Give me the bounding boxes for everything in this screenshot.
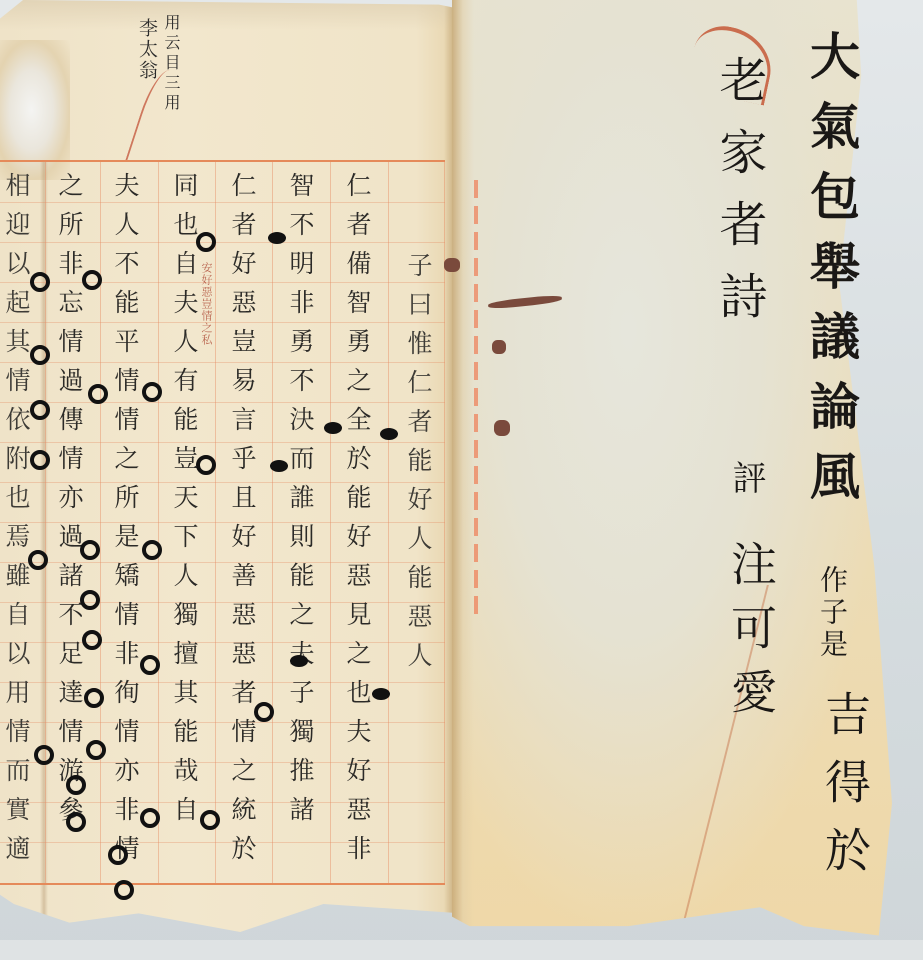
punctuation-blot bbox=[372, 688, 390, 700]
punctuation-circle bbox=[80, 540, 100, 560]
red-grid-remnant bbox=[474, 180, 478, 620]
punctuation-circle bbox=[82, 630, 102, 650]
punctuation-circle bbox=[140, 808, 160, 828]
punctuation-blot bbox=[324, 422, 342, 434]
punctuation-circle bbox=[196, 455, 216, 475]
punctuation-circle bbox=[140, 655, 160, 675]
text-column-1: 子曰惟仁者能好人能惡人 bbox=[406, 252, 431, 681]
margin-red-annotation: 安好惡豈情之私 bbox=[198, 262, 214, 346]
punctuation-blot bbox=[268, 232, 286, 244]
punctuation-circle bbox=[66, 775, 86, 795]
punctuation-circle bbox=[196, 232, 216, 252]
punctuation-circle bbox=[34, 745, 54, 765]
text-column-5: 同也自夫人有能豈天下人獨擅其能哉自 bbox=[172, 172, 197, 835]
punctuation-circle bbox=[108, 845, 128, 865]
header-note-name: 李太翁 bbox=[134, 18, 161, 81]
punctuation-circle bbox=[142, 540, 162, 560]
bottom-backdrop-strip bbox=[0, 940, 923, 960]
foxing-stain bbox=[492, 340, 506, 354]
punctuation-circle bbox=[86, 740, 106, 760]
inscription-col-2-main: 老家者詩 bbox=[705, 55, 774, 343]
text-column-3: 智不明非勇不決而誰則能之夫子獨推諸 bbox=[288, 172, 313, 835]
punctuation-circle bbox=[114, 880, 134, 900]
punctuation-circle bbox=[142, 382, 162, 402]
punctuation-circle bbox=[30, 272, 50, 292]
spine-fold-right bbox=[452, 0, 474, 945]
inscription-col-1-main: 大氣包舉議論風 bbox=[795, 30, 867, 520]
punctuation-circle bbox=[82, 270, 102, 290]
punctuation-circle bbox=[80, 590, 100, 610]
punctuation-blot bbox=[380, 428, 398, 440]
punctuation-circle bbox=[84, 688, 104, 708]
text-column-8: 相迎以起其情依附也焉雖自以用情而實適 bbox=[4, 172, 29, 874]
text-column-4: 仁者好惡豈易言乎且好善惡惡者情之統於 bbox=[230, 172, 255, 874]
punctuation-circle bbox=[66, 812, 86, 832]
text-column-2: 仁者備智勇之全於能好惡見之也夫好惡非 bbox=[345, 172, 370, 874]
punctuation-circle bbox=[28, 550, 48, 570]
foxing-stain bbox=[444, 258, 460, 272]
text-column-6: 夫人不能平情情之所是矯情非徇情亦非情 bbox=[113, 172, 138, 874]
punctuation-circle bbox=[200, 810, 220, 830]
punctuation-circle bbox=[30, 345, 50, 365]
punctuation-blot bbox=[270, 460, 288, 472]
punctuation-circle bbox=[30, 450, 50, 470]
punctuation-circle bbox=[254, 702, 274, 722]
foxing-stain bbox=[494, 420, 510, 436]
punctuation-blot bbox=[290, 655, 308, 667]
top-discoloration bbox=[0, 0, 460, 30]
inscription-col-2-tail: 注可愛 bbox=[718, 540, 784, 732]
punctuation-circle bbox=[88, 384, 108, 404]
text-column-7: 之所非忘情過傳情亦過諸不足達情游參 bbox=[57, 172, 82, 835]
inscription-col-1-small: 作子是 bbox=[812, 565, 852, 661]
inscription-col-2-small: 評 bbox=[722, 460, 771, 500]
grid-row-line bbox=[0, 842, 445, 843]
punctuation-circle bbox=[30, 400, 50, 420]
water-stain bbox=[0, 40, 70, 180]
inscription-col-1-tail: 吉得於 bbox=[812, 690, 878, 894]
